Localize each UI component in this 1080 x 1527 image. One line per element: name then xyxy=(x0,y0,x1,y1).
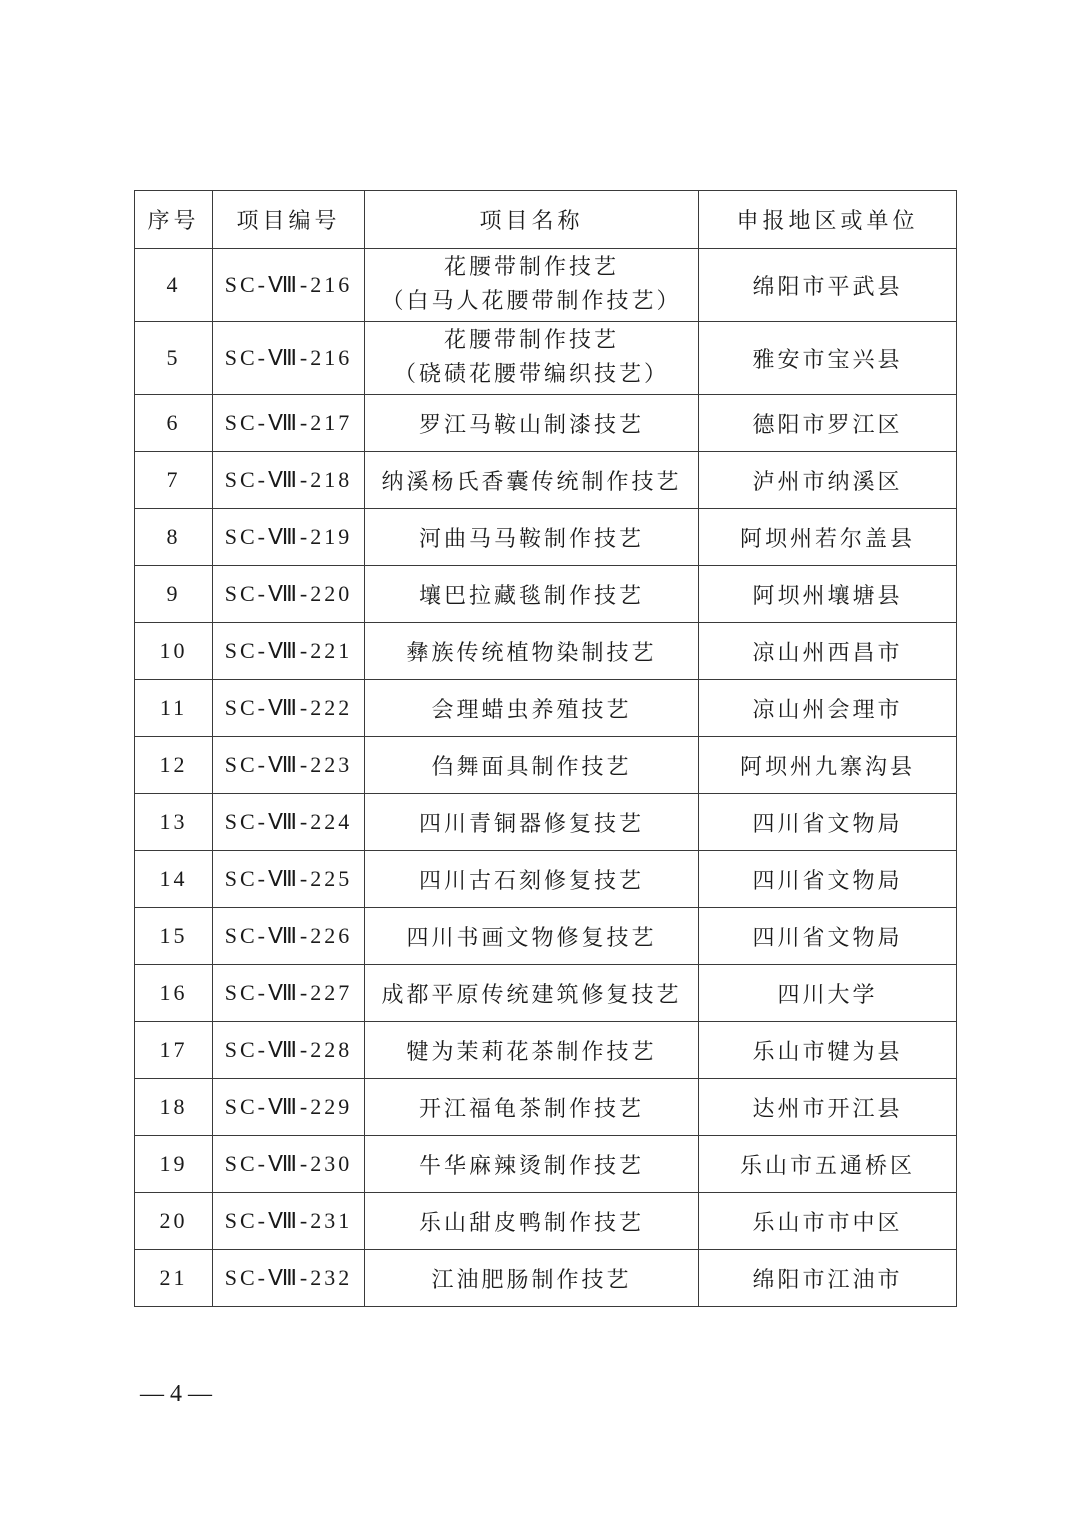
row-project-code: SC-Ⅷ-229 xyxy=(213,1079,365,1136)
row-project-name: 壤巴拉藏毯制作技艺 xyxy=(365,566,699,623)
table-row: 17 SC-Ⅷ-228 犍为茉莉花茶制作技艺 乐山市犍为县 xyxy=(135,1022,957,1079)
row-index: 12 xyxy=(135,737,213,794)
row-applicant-unit: 乐山市市中区 xyxy=(699,1193,957,1250)
row-project-code: SC-Ⅷ-230 xyxy=(213,1136,365,1193)
row-project-name: 牛华麻辣烫制作技艺 xyxy=(365,1136,699,1193)
page-number: — 4 — xyxy=(140,1381,230,1408)
row-project-name: 㑇舞面具制作技艺 xyxy=(365,737,699,794)
row-project-name: 犍为茉莉花茶制作技艺 xyxy=(365,1022,699,1079)
row-project-name: 河曲马马鞍制作技艺 xyxy=(365,509,699,566)
header-project-name: 项目名称 xyxy=(365,191,699,249)
row-project-code: SC-Ⅷ-217 xyxy=(213,395,365,452)
row-applicant-unit: 阿坝州若尔盖县 xyxy=(699,509,957,566)
table-header-row: 序号 项目编号 项目名称 申报地区或单位 xyxy=(135,191,957,249)
row-project-name: 四川书画文物修复技艺 xyxy=(365,908,699,965)
row-applicant-unit: 乐山市犍为县 xyxy=(699,1022,957,1079)
row-project-code: SC-Ⅷ-216 xyxy=(213,322,365,395)
table-row: 9 SC-Ⅷ-220 壤巴拉藏毯制作技艺 阿坝州壤塘县 xyxy=(135,566,957,623)
row-applicant-unit: 四川省文物局 xyxy=(699,908,957,965)
row-project-code: SC-Ⅷ-224 xyxy=(213,794,365,851)
row-project-name: 乐山甜皮鸭制作技艺 xyxy=(365,1193,699,1250)
row-applicant-unit: 阿坝州壤塘县 xyxy=(699,566,957,623)
row-project-name: 开江福龟茶制作技艺 xyxy=(365,1079,699,1136)
table-row: 18 SC-Ⅷ-229 开江福龟茶制作技艺 达州市开江县 xyxy=(135,1079,957,1136)
row-applicant-unit: 四川大学 xyxy=(699,965,957,1022)
row-applicant-unit: 绵阳市江油市 xyxy=(699,1250,957,1307)
row-project-code: SC-Ⅷ-223 xyxy=(213,737,365,794)
row-project-code: SC-Ⅷ-219 xyxy=(213,509,365,566)
row-index: 20 xyxy=(135,1193,213,1250)
row-project-code: SC-Ⅷ-222 xyxy=(213,680,365,737)
row-project-name: 四川古石刻修复技艺 xyxy=(365,851,699,908)
row-project-code: SC-Ⅷ-216 xyxy=(213,249,365,322)
table-row: 15 SC-Ⅷ-226 四川书画文物修复技艺 四川省文物局 xyxy=(135,908,957,965)
row-project-code: SC-Ⅷ-225 xyxy=(213,851,365,908)
table-row: 11 SC-Ⅷ-222 会理蜡虫养殖技艺 凉山州会理市 xyxy=(135,680,957,737)
row-index: 4 xyxy=(135,249,213,322)
row-applicant-unit: 凉山州会理市 xyxy=(699,680,957,737)
row-index: 18 xyxy=(135,1079,213,1136)
row-index: 10 xyxy=(135,623,213,680)
table-row: 8 SC-Ⅷ-219 河曲马马鞍制作技艺 阿坝州若尔盖县 xyxy=(135,509,957,566)
row-applicant-unit: 凉山州西昌市 xyxy=(699,623,957,680)
project-name-sub: （硗碛花腰带编织技艺） xyxy=(365,358,698,392)
row-applicant-unit: 绵阳市平武县 xyxy=(699,249,957,322)
row-index: 5 xyxy=(135,322,213,395)
row-applicant-unit: 达州市开江县 xyxy=(699,1079,957,1136)
row-index: 11 xyxy=(135,680,213,737)
row-project-name: 花腰带制作技艺 （硗碛花腰带编织技艺） xyxy=(365,322,699,395)
header-index: 序号 xyxy=(135,191,213,249)
table-row: 21 SC-Ⅷ-232 江油肥肠制作技艺 绵阳市江油市 xyxy=(135,1250,957,1307)
row-index: 9 xyxy=(135,566,213,623)
table-row: 10 SC-Ⅷ-221 彝族传统植物染制技艺 凉山州西昌市 xyxy=(135,623,957,680)
table-row: 4 SC-Ⅷ-216 花腰带制作技艺 （白马人花腰带制作技艺） 绵阳市平武县 xyxy=(135,249,957,322)
row-applicant-unit: 德阳市罗江区 xyxy=(699,395,957,452)
table-row: 6 SC-Ⅷ-217 罗江马鞍山制漆技艺 德阳市罗江区 xyxy=(135,395,957,452)
row-index: 16 xyxy=(135,965,213,1022)
project-name-main: 花腰带制作技艺 xyxy=(365,324,698,358)
row-project-name: 花腰带制作技艺 （白马人花腰带制作技艺） xyxy=(365,249,699,322)
table-row: 16 SC-Ⅷ-227 成都平原传统建筑修复技艺 四川大学 xyxy=(135,965,957,1022)
table-row: 19 SC-Ⅷ-230 牛华麻辣烫制作技艺 乐山市五通桥区 xyxy=(135,1136,957,1193)
row-project-code: SC-Ⅷ-231 xyxy=(213,1193,365,1250)
row-project-name: 罗江马鞍山制漆技艺 xyxy=(365,395,699,452)
row-project-name: 四川青铜器修复技艺 xyxy=(365,794,699,851)
row-project-name: 成都平原传统建筑修复技艺 xyxy=(365,965,699,1022)
project-name-sub: （白马人花腰带制作技艺） xyxy=(365,285,698,319)
heritage-project-table: 序号 项目编号 项目名称 申报地区或单位 4 SC-Ⅷ-216 花腰带制作技艺 … xyxy=(134,190,957,1307)
row-project-name: 会理蜡虫养殖技艺 xyxy=(365,680,699,737)
header-applicant-unit: 申报地区或单位 xyxy=(699,191,957,249)
row-index: 14 xyxy=(135,851,213,908)
row-index: 7 xyxy=(135,452,213,509)
row-index: 19 xyxy=(135,1136,213,1193)
row-index: 13 xyxy=(135,794,213,851)
row-project-code: SC-Ⅷ-232 xyxy=(213,1250,365,1307)
row-project-code: SC-Ⅷ-227 xyxy=(213,965,365,1022)
row-applicant-unit: 乐山市五通桥区 xyxy=(699,1136,957,1193)
row-project-name: 彝族传统植物染制技艺 xyxy=(365,623,699,680)
row-index: 21 xyxy=(135,1250,213,1307)
table-row: 5 SC-Ⅷ-216 花腰带制作技艺 （硗碛花腰带编织技艺） 雅安市宝兴县 xyxy=(135,322,957,395)
table-row: 12 SC-Ⅷ-223 㑇舞面具制作技艺 阿坝州九寨沟县 xyxy=(135,737,957,794)
row-applicant-unit: 四川省文物局 xyxy=(699,794,957,851)
table-row: 13 SC-Ⅷ-224 四川青铜器修复技艺 四川省文物局 xyxy=(135,794,957,851)
row-project-code: SC-Ⅷ-221 xyxy=(213,623,365,680)
row-project-code: SC-Ⅷ-218 xyxy=(213,452,365,509)
row-index: 17 xyxy=(135,1022,213,1079)
table-row: 7 SC-Ⅷ-218 纳溪杨氏香囊传统制作技艺 泸州市纳溪区 xyxy=(135,452,957,509)
row-project-name: 纳溪杨氏香囊传统制作技艺 xyxy=(365,452,699,509)
row-project-code: SC-Ⅷ-226 xyxy=(213,908,365,965)
row-index: 15 xyxy=(135,908,213,965)
row-project-code: SC-Ⅷ-228 xyxy=(213,1022,365,1079)
table-row: 20 SC-Ⅷ-231 乐山甜皮鸭制作技艺 乐山市市中区 xyxy=(135,1193,957,1250)
project-name-main: 花腰带制作技艺 xyxy=(365,251,698,285)
row-project-name: 江油肥肠制作技艺 xyxy=(365,1250,699,1307)
document-page: 序号 项目编号 项目名称 申报地区或单位 4 SC-Ⅷ-216 花腰带制作技艺 … xyxy=(0,0,1080,1527)
row-applicant-unit: 雅安市宝兴县 xyxy=(699,322,957,395)
row-index: 6 xyxy=(135,395,213,452)
row-applicant-unit: 泸州市纳溪区 xyxy=(699,452,957,509)
row-project-code: SC-Ⅷ-220 xyxy=(213,566,365,623)
row-applicant-unit: 四川省文物局 xyxy=(699,851,957,908)
row-index: 8 xyxy=(135,509,213,566)
row-applicant-unit: 阿坝州九寨沟县 xyxy=(699,737,957,794)
table-row: 14 SC-Ⅷ-225 四川古石刻修复技艺 四川省文物局 xyxy=(135,851,957,908)
header-project-code: 项目编号 xyxy=(213,191,365,249)
